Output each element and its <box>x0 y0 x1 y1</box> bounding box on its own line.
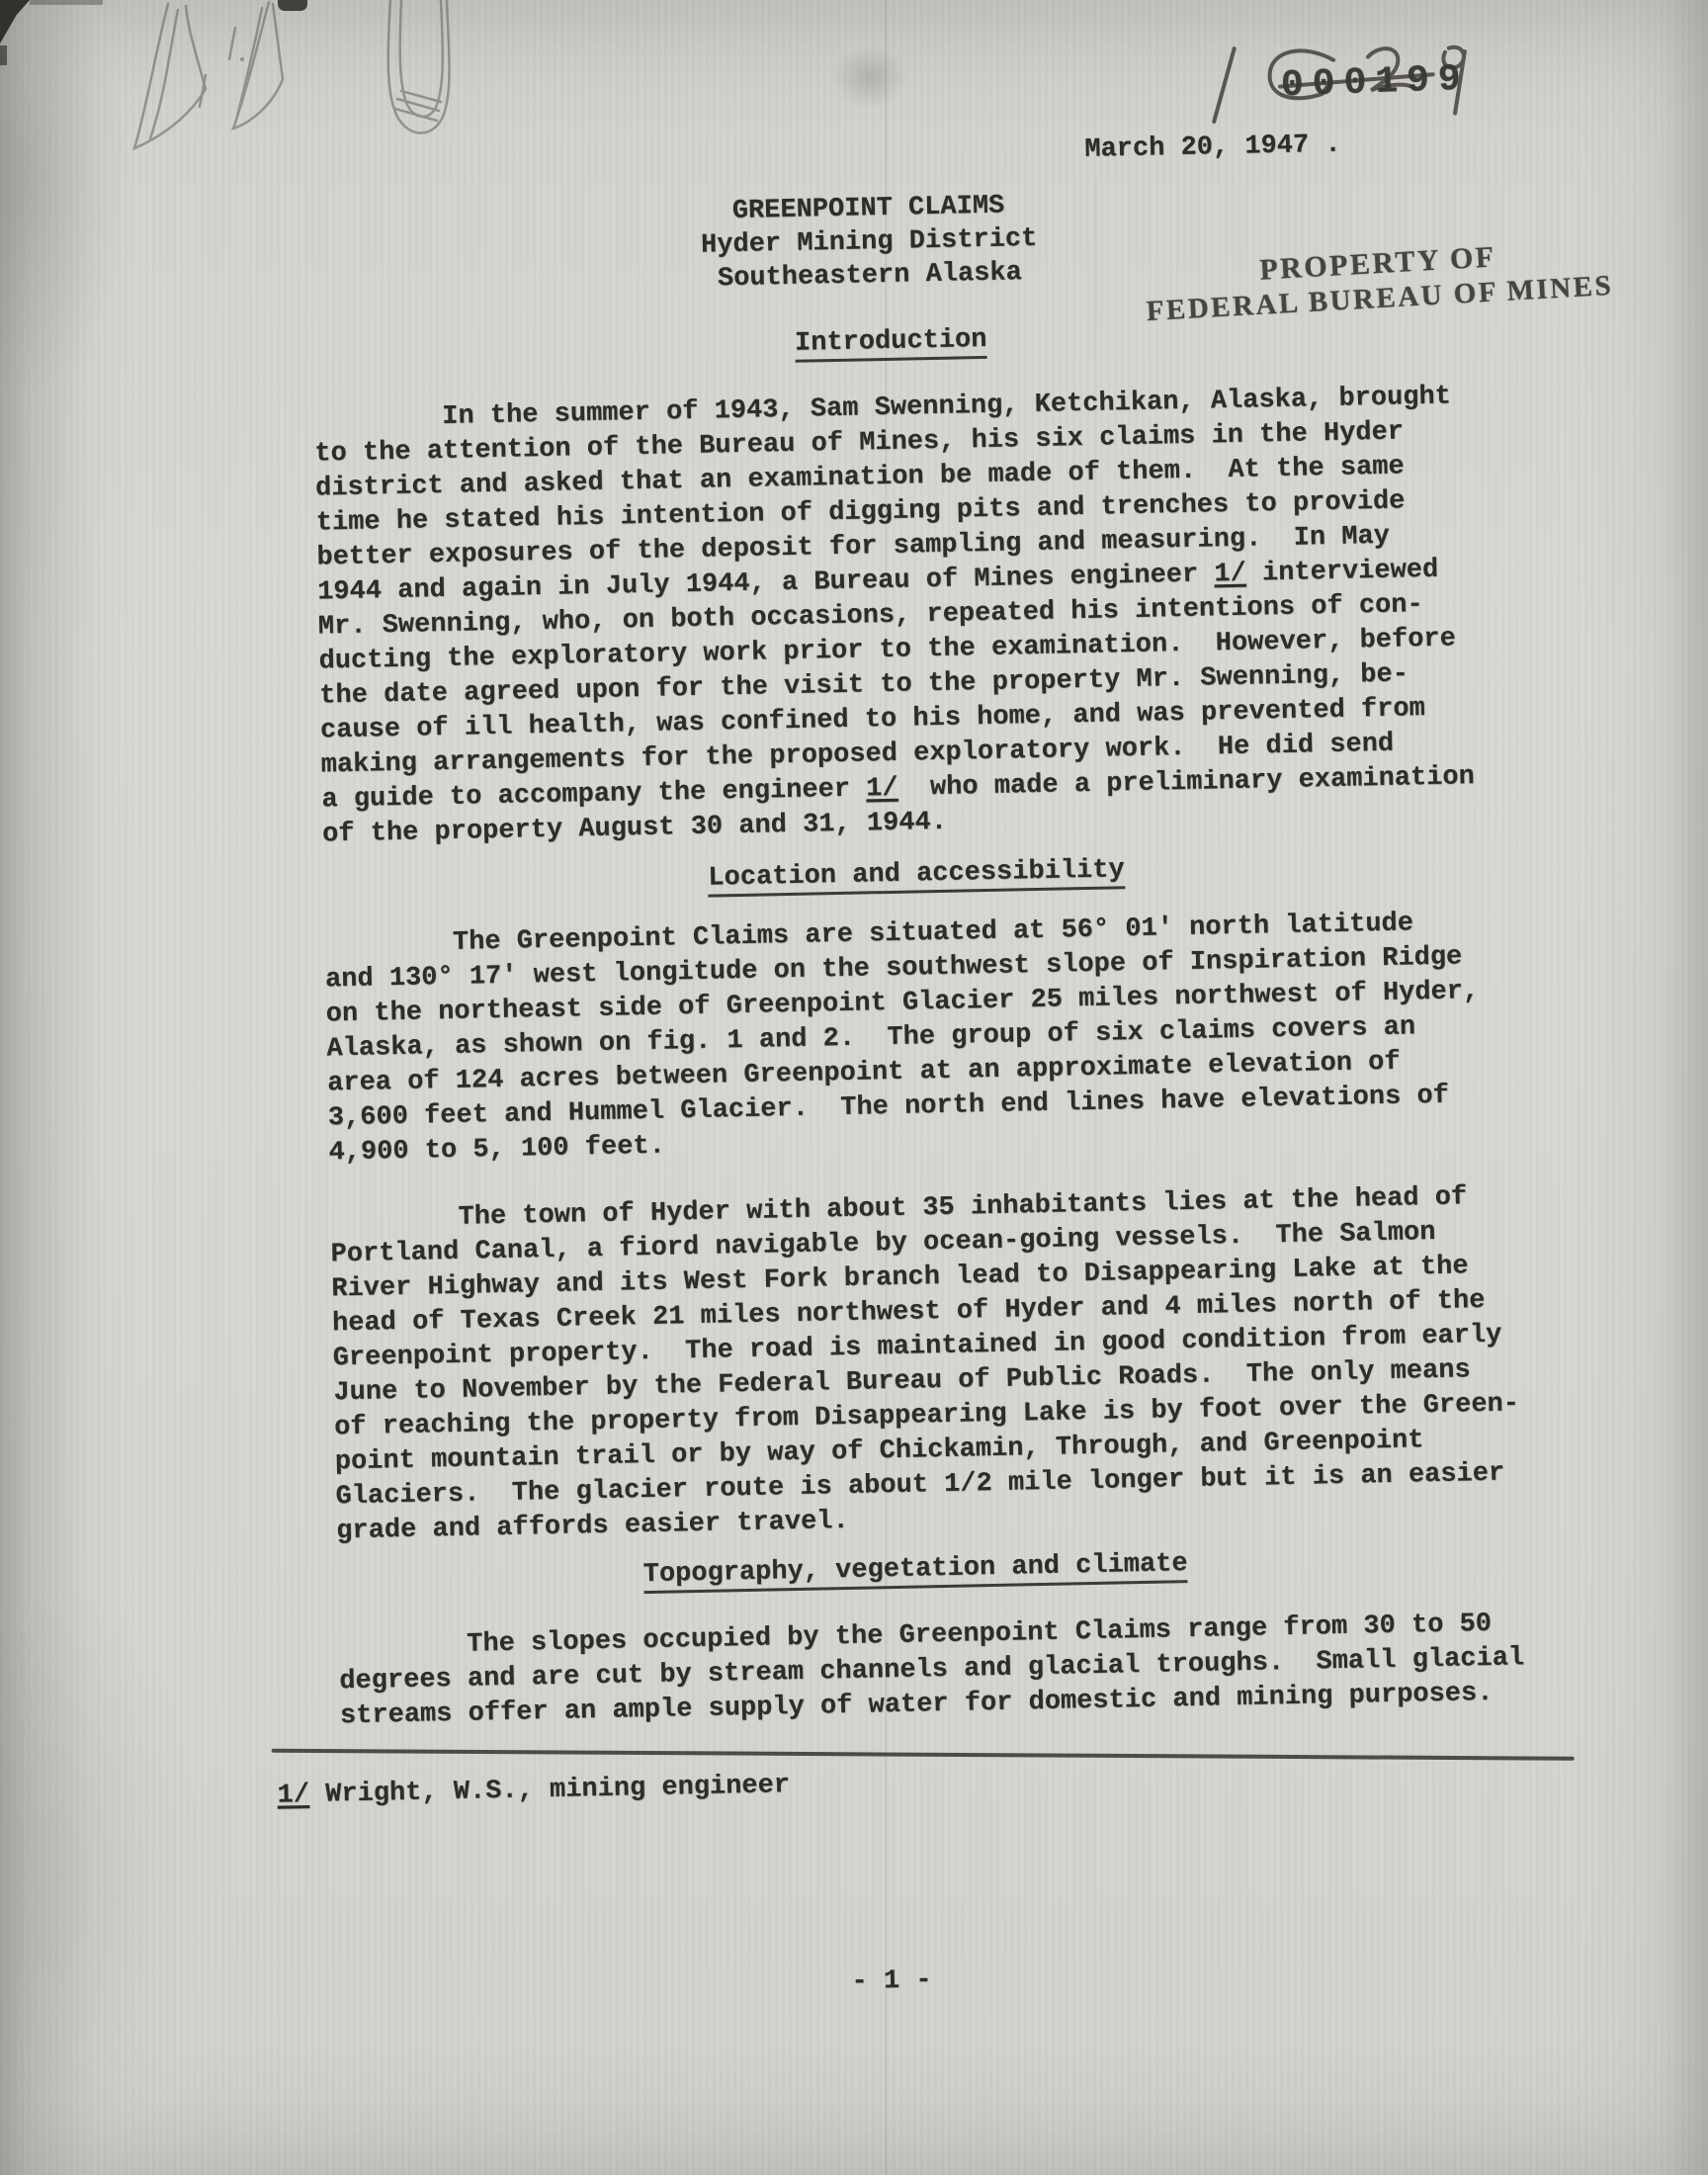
footnote-rule <box>272 1749 1575 1761</box>
paragraph-location-2: The town of Hyder with about 35 inhabita… <box>330 1179 1522 1549</box>
section-heading-topography: Topography, vegetation and climate <box>302 1540 1528 1600</box>
scanned-document-page: 000199 PROPERTY OF FEDERAL BUREAU OF MIN… <box>0 0 1708 2175</box>
scan-corner-artifact <box>0 0 30 43</box>
paragraph-topography: The slopes occupied by the Greenpoint Cl… <box>338 1607 1525 1734</box>
scan-edge-artifact <box>0 45 7 65</box>
section-heading-introduction: Introduction <box>278 312 1503 372</box>
page-number: - 1 - <box>851 1963 932 2000</box>
typed-content: March 20, 1947 . GREENPOINT CLAIMS Hyder… <box>308 117 1573 2078</box>
paragraph-location-1: The Greenpoint Claims are situated at 56… <box>324 906 1482 1171</box>
footnote: 1/ Wright, W.S., mining engineer <box>277 1769 790 1813</box>
date-line: March 20, 1947 . <box>1084 129 1341 168</box>
section-heading-location: Location and accessibility <box>303 845 1529 905</box>
paragraph-introduction: In the summer of 1943, Sam Swenning, Ket… <box>313 380 1475 852</box>
